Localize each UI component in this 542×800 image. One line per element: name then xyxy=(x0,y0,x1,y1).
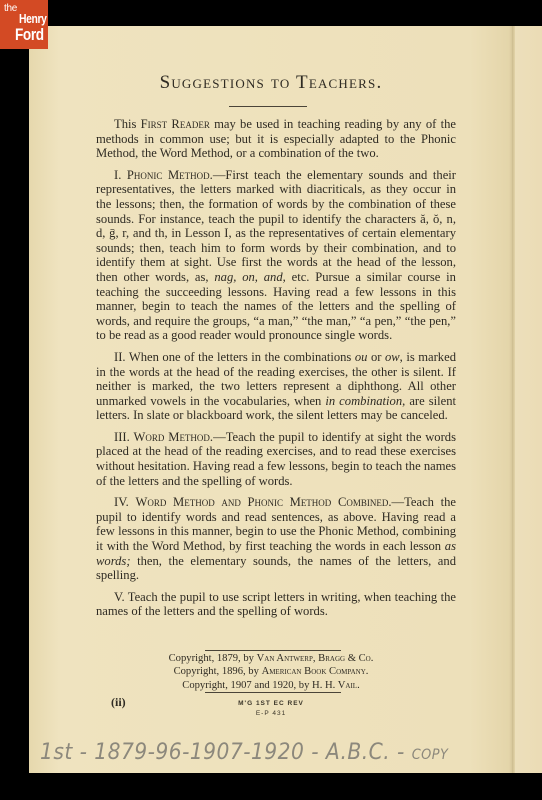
section-heading: Word Method and Phonic Method Combined. xyxy=(135,495,391,509)
handwritten-annotation: 1st - 1879-96-1907-1920 - A.B.C. - COPY xyxy=(40,740,448,765)
combined-method-paragraph: IV. Word Method and Phonic Method Combin… xyxy=(96,495,456,583)
title-divider xyxy=(229,106,307,107)
body-text: This First Reader may be used in teachin… xyxy=(96,117,456,626)
copyright-bottom-rule xyxy=(205,692,341,693)
section-heading: Word Method. xyxy=(134,430,214,444)
phonic-method-paragraph: I. Phonic Method.—First teach the elemen… xyxy=(96,168,456,343)
printer-stamp-line2: E-P 431 xyxy=(0,710,542,717)
page-title: Suggestions to Teachers. xyxy=(0,72,542,94)
printer-stamp-line1: M'G 1ST EC REV xyxy=(0,700,542,707)
copyright-top-rule xyxy=(205,650,341,651)
copyright-line: Copyright, 1879, by Van Antwerp, Bragg &… xyxy=(0,652,542,665)
logo-ford: Ford xyxy=(15,25,44,45)
copyright-line: Copyright, 1907 and 1920, by H. H. Vail. xyxy=(0,679,542,692)
copyright-line: Copyright, 1896, by American Book Compan… xyxy=(0,665,542,678)
word-method-paragraph: III. Word Method.—Teach the pupil to ide… xyxy=(96,430,456,488)
script-letters-paragraph: V. Teach the pupil to use script letters… xyxy=(96,590,456,619)
henry-ford-logo[interactable]: the Henry Ford xyxy=(0,0,48,49)
intro-paragraph: This First Reader may be used in teachin… xyxy=(96,117,456,161)
section-heading: Phonic Method. xyxy=(127,168,213,182)
copyright-block: Copyright, 1879, by Van Antwerp, Bragg &… xyxy=(0,652,542,692)
logo-the: the xyxy=(4,3,17,14)
combinations-paragraph: II. When one of the letters in the combi… xyxy=(96,350,456,423)
logo-henry: Henry xyxy=(19,11,46,26)
